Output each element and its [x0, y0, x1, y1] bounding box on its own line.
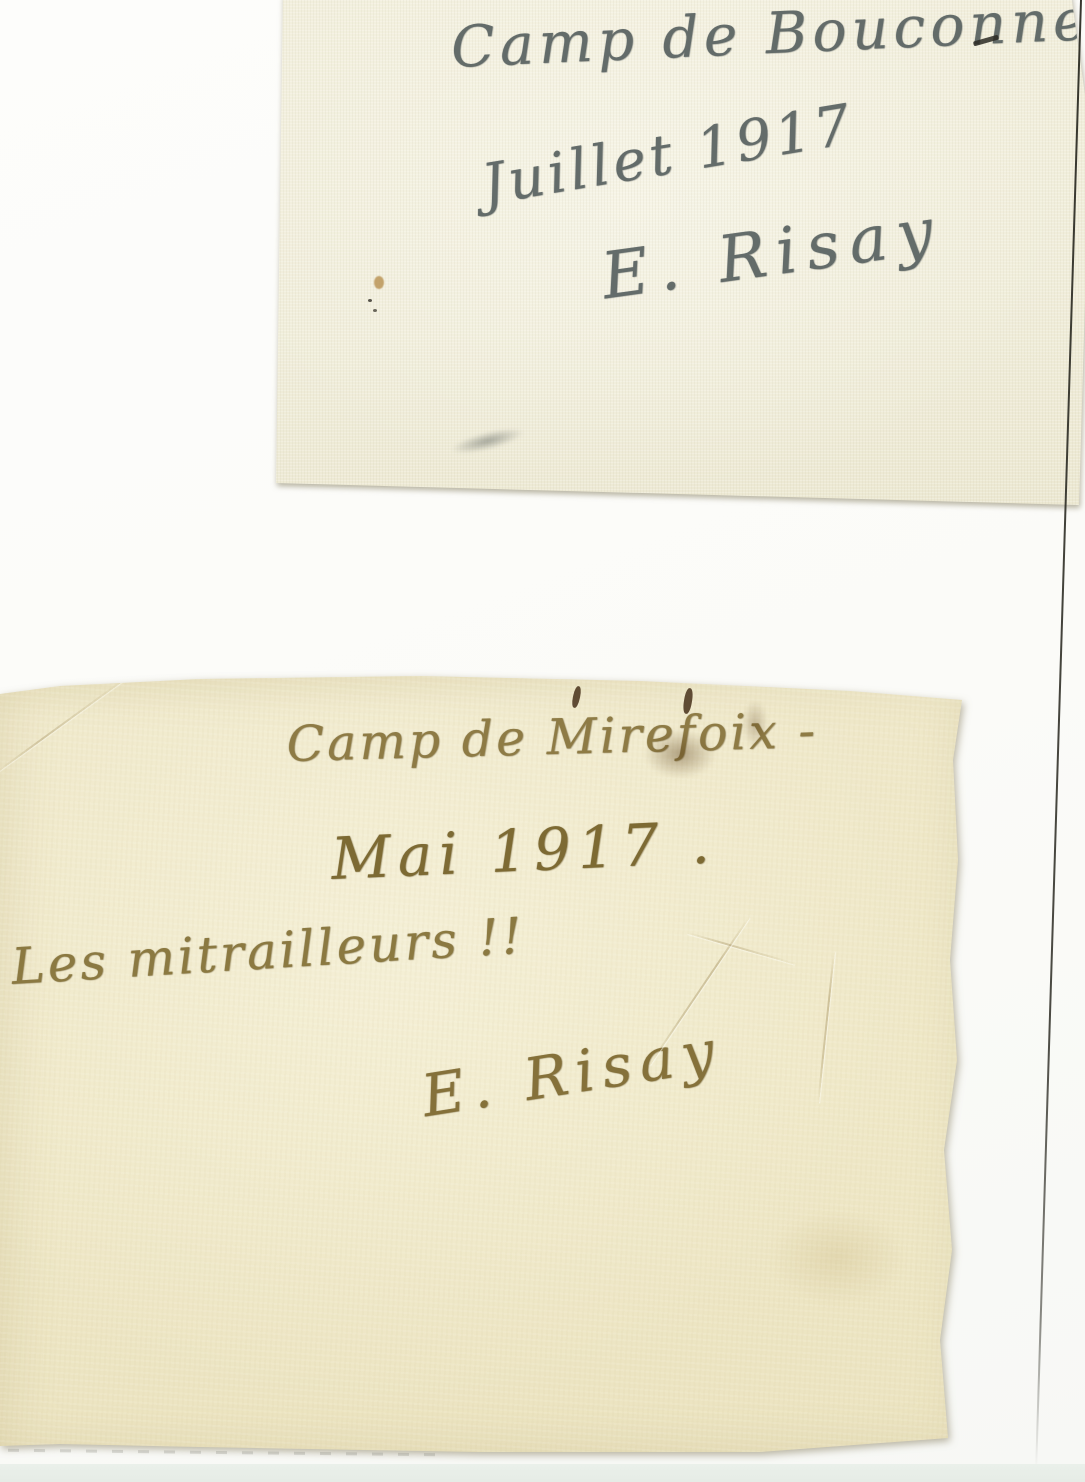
bottom-note-paper: Camp de Mirefoix - Mai 1917 . Les mitrai… [0, 670, 970, 1460]
bottom-note-paper-sheet: Camp de Mirefoix - Mai 1917 . Les mitrai… [0, 670, 970, 1460]
top-card-paper: Camp de Bouconne Juillet 1917 E. Risay [268, 0, 1085, 508]
bottom-caption-line-2: Mai 1917 . [330, 813, 718, 888]
fox-spot [374, 276, 384, 289]
ink-speck [368, 299, 372, 302]
ink-speck [373, 309, 377, 312]
ink-smudge [738, 692, 772, 756]
ink-smudge [630, 720, 730, 788]
age-stain [770, 1210, 905, 1305]
top-note-card: Camp de Bouconne Juillet 1917 E. Risay [268, 0, 1085, 508]
scanned-album-page: Camp de Bouconne Juillet 1917 E. Risay C… [0, 0, 1085, 1482]
scanner-bed-strip [0, 1464, 1085, 1482]
